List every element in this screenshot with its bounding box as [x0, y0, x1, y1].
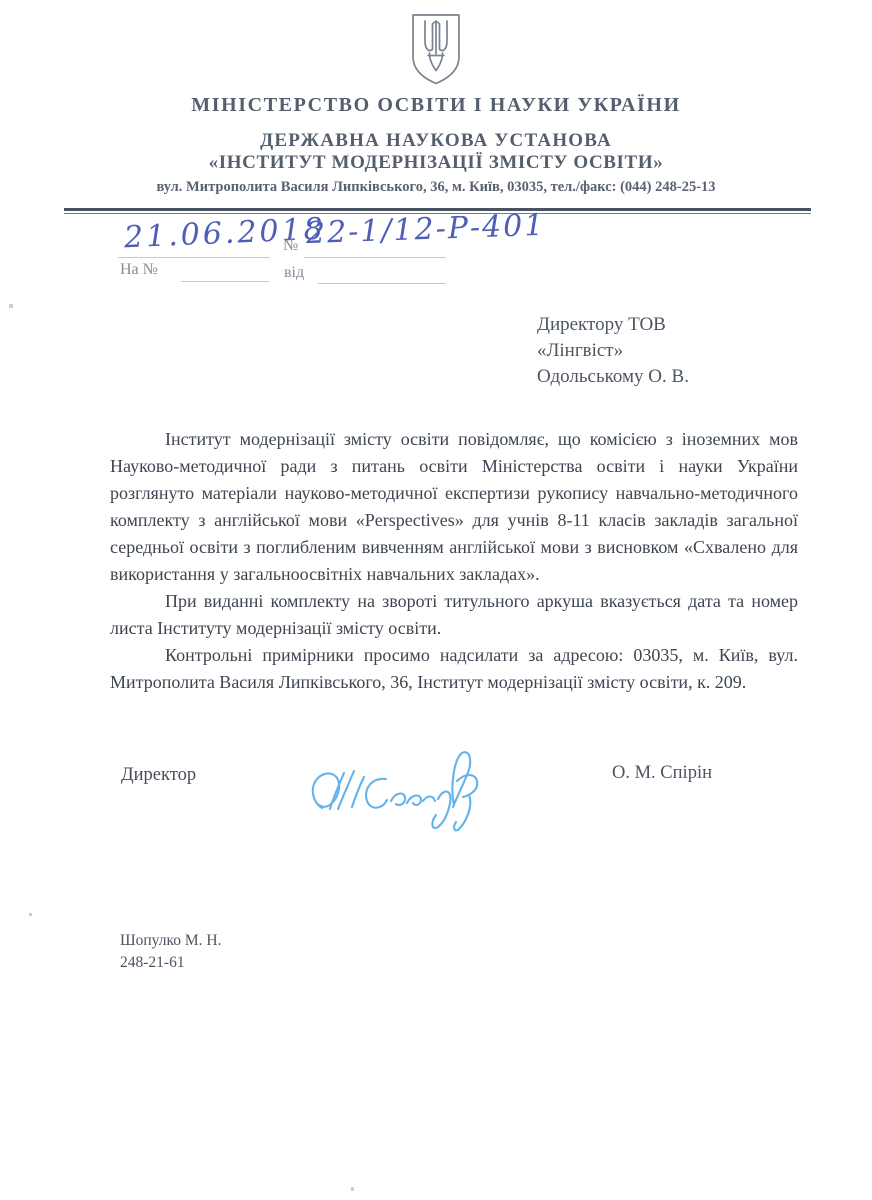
signer-title: Директор: [121, 765, 196, 786]
reply-date-blank-line: [318, 283, 446, 284]
executor-name: Шопулко М. Н.: [120, 930, 221, 952]
reply-number-blank-line: [181, 281, 269, 282]
body-paragraph-1: Інститут модернізації змісту освіти пові…: [110, 426, 798, 588]
organization-address: вул. Митрополита Василя Липківського, 36…: [30, 179, 842, 196]
letterhead: МІНІСТЕРСТВО ОСВІТИ І НАУКИ УКРАЇНИ ДЕРЖ…: [30, 12, 842, 196]
executor-phone: 248-21-61: [120, 952, 221, 974]
scan-speck: [9, 304, 13, 308]
number-underline: [304, 257, 446, 258]
organization-type: ДЕРЖАВНА НАУКОВА УСТАНОВА: [30, 130, 842, 152]
reply-from-label: від: [284, 264, 304, 282]
signer-name: О. М. Спірін: [612, 763, 712, 784]
letter-body: Інститут модернізації змісту освіти пові…: [110, 426, 798, 696]
body-paragraph-2: При виданні комплекту на звороті титульн…: [110, 588, 798, 642]
recipient-position: Директору ТОВ: [537, 312, 689, 338]
executor-block: Шопулко М. Н. 248-21-61: [120, 930, 221, 974]
recipient-block: Директору ТОВ «Лінгвіст» Одольському О. …: [537, 312, 689, 390]
organization-name: «ІНСТИТУТ МОДЕРНІЗАЦІЇ ЗМІСТУ ОСВІТИ»: [30, 152, 842, 174]
ministry-title: МІНІСТЕРСТВО ОСВІТИ І НАУКИ УКРАЇНИ: [30, 94, 842, 117]
scan-speck: [29, 913, 32, 916]
handwritten-outgoing-number: 22-1/12-Р-401: [305, 208, 545, 251]
recipient-name: Одольському О. В.: [537, 364, 689, 390]
reply-to-label: На №: [120, 261, 158, 279]
scan-speck: [351, 1187, 354, 1191]
number-sign-label: №: [283, 237, 298, 255]
handwritten-signature-icon: [306, 742, 496, 842]
ukraine-trident-coat-of-arms-icon: [409, 12, 463, 86]
body-paragraph-3: Контрольні примірники просимо надсилати …: [110, 642, 798, 696]
date-underline: [118, 257, 270, 258]
scanned-letter-page: МІНІСТЕРСТВО ОСВІТИ І НАУКИ УКРАЇНИ ДЕРЖ…: [0, 0, 872, 1200]
recipient-company: «Лінгвіст»: [537, 338, 689, 364]
emblem-container: [30, 12, 842, 88]
